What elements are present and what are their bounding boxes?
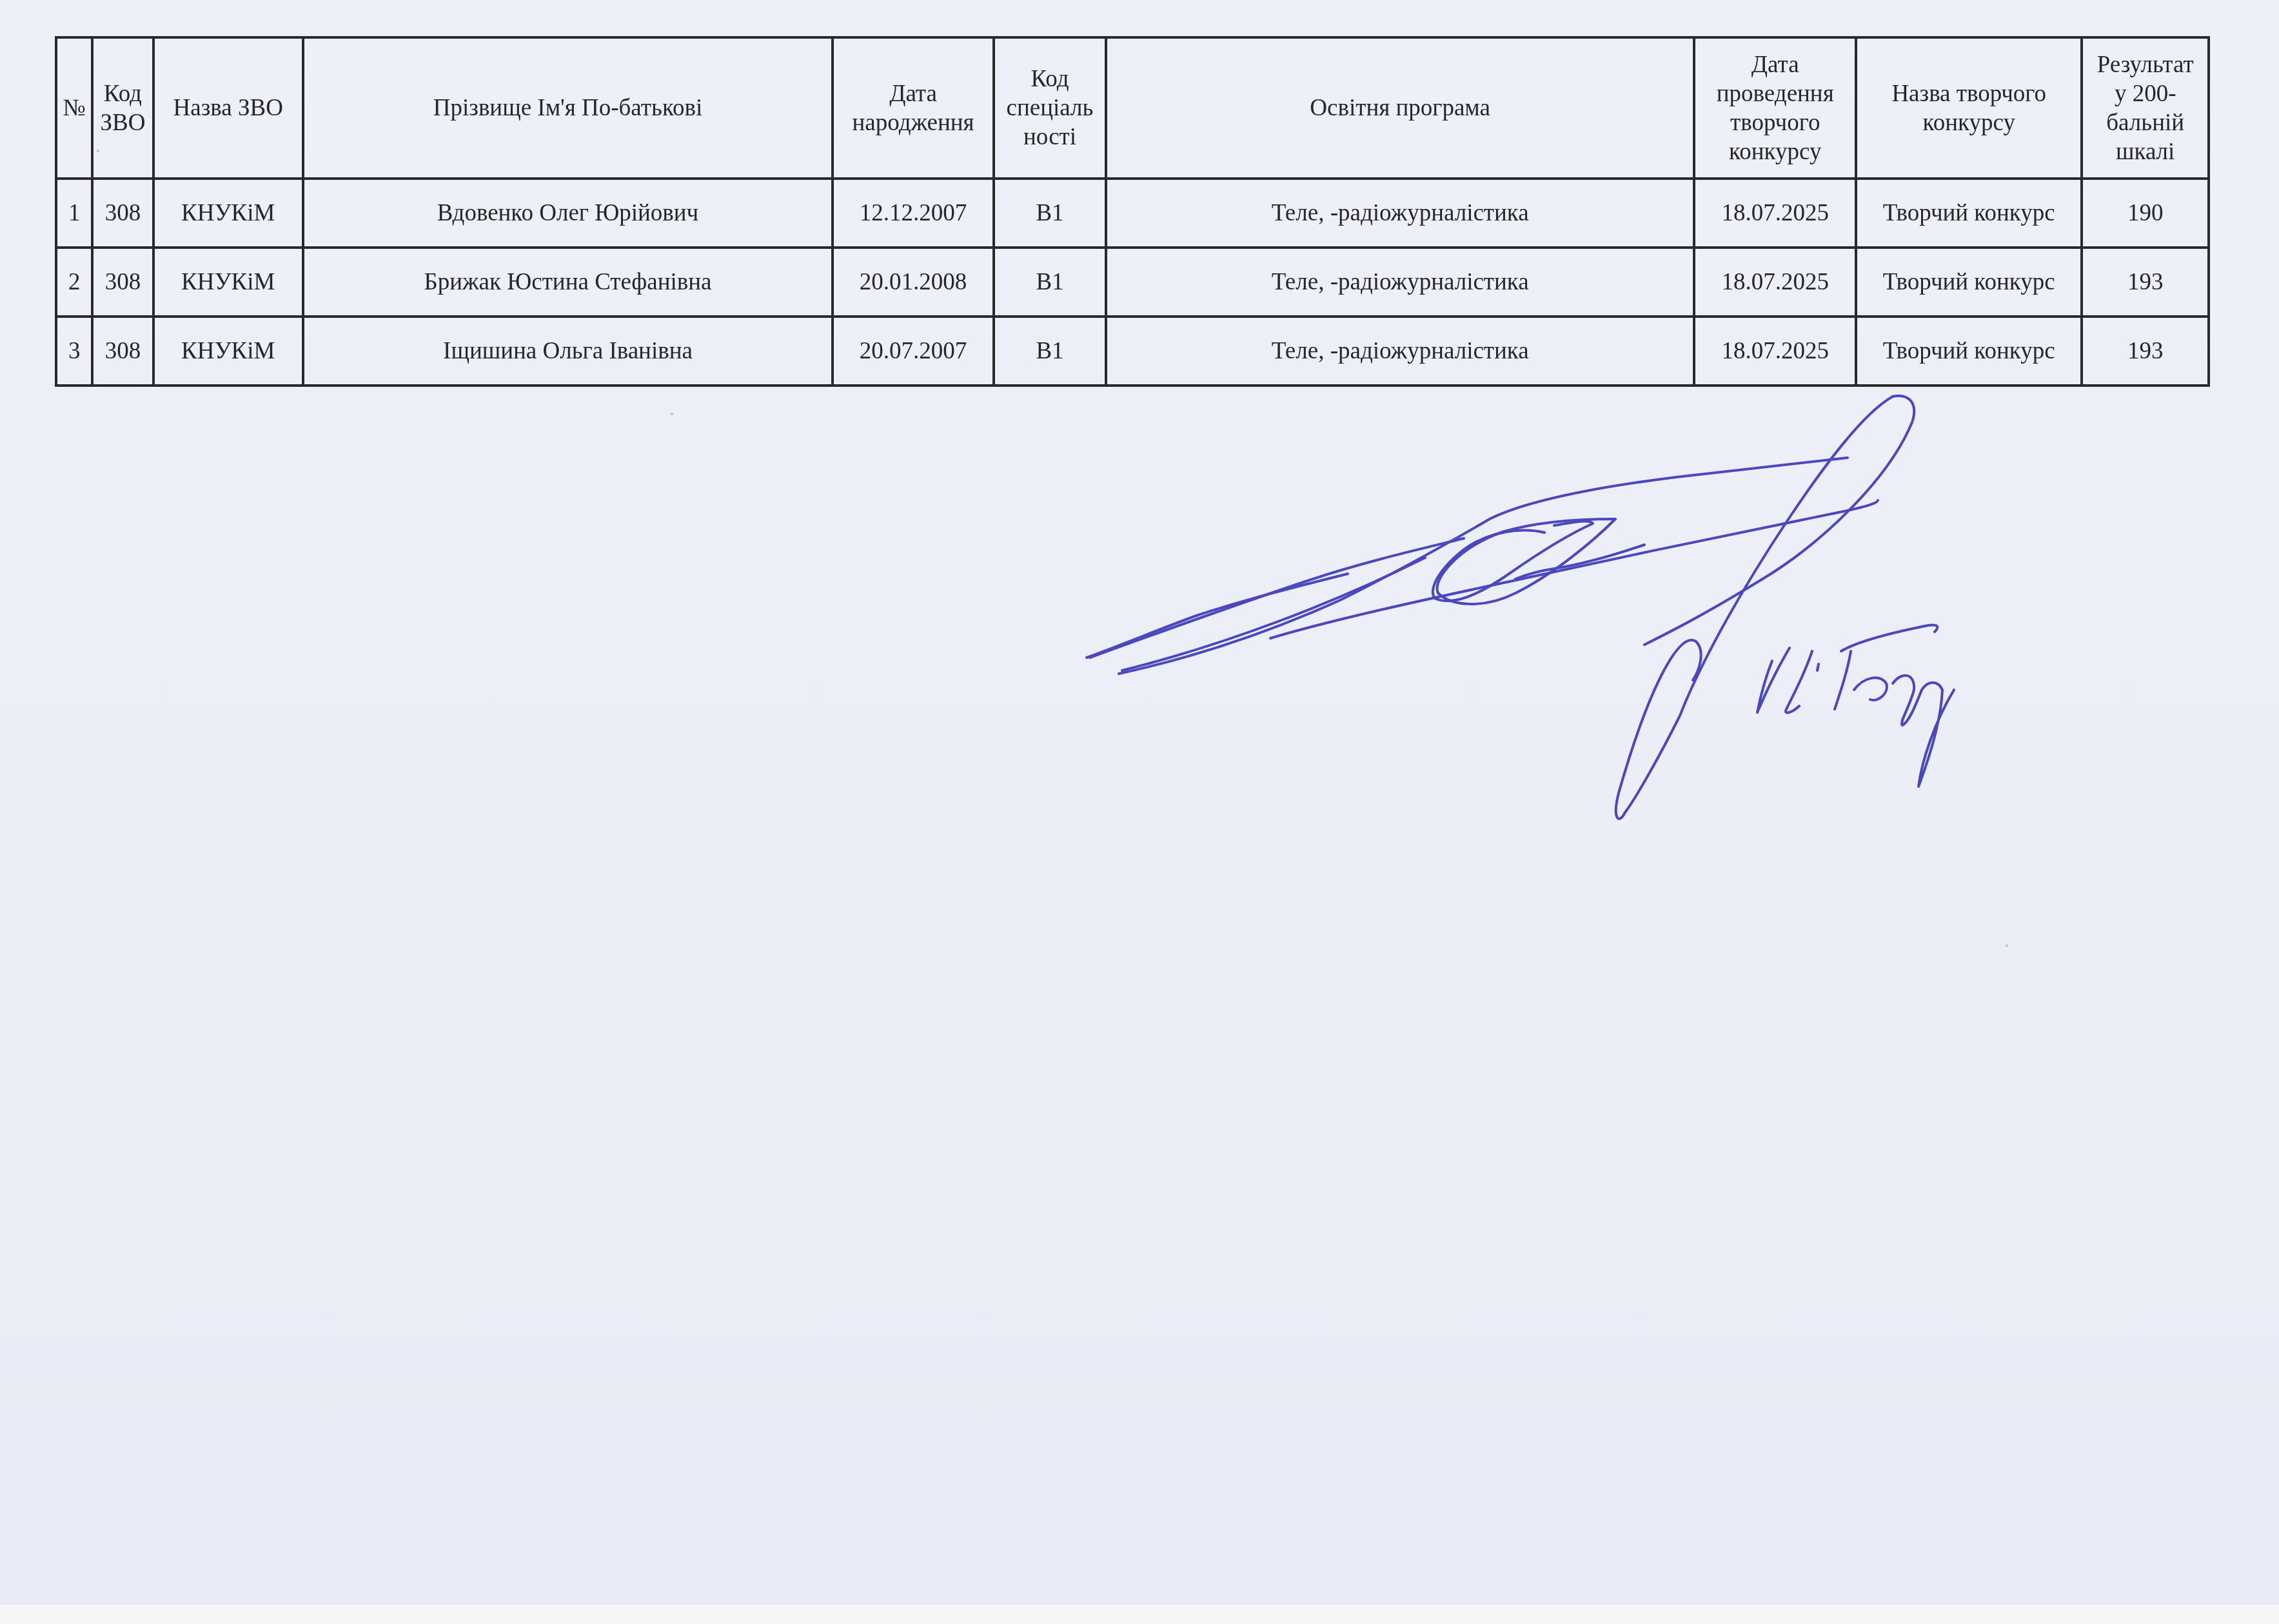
signature-stroke: [1625, 396, 1893, 812]
cell-institution-name: КНУКіМ: [153, 179, 303, 248]
header-number-label: №: [63, 93, 86, 122]
signature-stroke: [1893, 676, 1954, 787]
signature-stroke: [1786, 651, 1812, 712]
cell-number: 2: [56, 248, 92, 317]
cell-institution-name: КНУКіМ: [153, 317, 303, 386]
header-specialty-code: Код спеціаль ності: [994, 37, 1106, 179]
scan-speck: [2006, 944, 2008, 947]
header-institution-name-label: Назва ЗВО: [173, 93, 283, 122]
header-birth-date-label: Дата народження: [852, 79, 974, 137]
cell-program: Теле, -радіожурналістика: [1106, 248, 1694, 317]
header-birth-date: Дата народження: [833, 37, 994, 179]
header-full-name: Прізвище Ім'я По-батькові: [303, 37, 833, 179]
signature-stroke: [1090, 538, 1464, 658]
table-row: 3 308 КНУКіМ Іщишина Ольга Іванівна 20.0…: [56, 317, 2209, 386]
cell-contest-date: 18.07.2025: [1694, 179, 1856, 248]
signature-stroke: [1433, 522, 1593, 602]
table-row: 1 308 КНУКіМ Вдовенко Олег Юрійович 12.1…: [56, 179, 2209, 248]
cell-contest-name: Творчий конкурс: [1856, 317, 2082, 386]
signature-stroke: [1757, 648, 1790, 712]
cell-full-name: Іщишина Ольга Іванівна: [303, 317, 833, 386]
header-full-name-label: Прізвище Ім'я По-батькові: [433, 93, 702, 122]
cell-birth-date: 12.12.2007: [833, 179, 994, 248]
cell-full-name: Брижак Юстина Стефанівна: [303, 248, 833, 317]
cell-result: 193: [2082, 317, 2209, 386]
cell-institution-name: КНУКіМ: [153, 248, 303, 317]
cell-result: 190: [2082, 179, 2209, 248]
header-contest-name-label: Назва творчого конкурсу: [1891, 79, 2046, 137]
signature-stroke: [1644, 396, 1914, 645]
cell-number: 1: [56, 179, 92, 248]
results-table: № Код ЗВО Назва ЗВО Прізвище Ім'я По-бат…: [55, 36, 2210, 387]
signature-stroke: [1122, 558, 1425, 670]
cell-contest-name: Творчий конкурс: [1856, 248, 2082, 317]
signature-stroke: [1835, 625, 1937, 709]
cell-full-name: Вдовенко Олег Юрійович: [303, 179, 833, 248]
table-row: 2 308 КНУКіМ Брижак Юстина Стефанівна 20…: [56, 248, 2209, 317]
header-program-label: Освітня програма: [1310, 93, 1490, 122]
cell-specialty-code: B1: [994, 179, 1106, 248]
table-header-row: № Код ЗВО Назва ЗВО Прізвище Ім'я По-бат…: [56, 37, 2209, 179]
cell-birth-date: 20.01.2008: [833, 248, 994, 317]
scan-edge: [0, 1605, 2279, 1624]
cell-program: Теле, -радіожурналістика: [1106, 317, 1694, 386]
cell-birth-date: 20.07.2007: [833, 317, 994, 386]
cell-specialty-code: B1: [994, 317, 1106, 386]
header-program: Освітня програма: [1106, 37, 1694, 179]
scan-speck: [97, 150, 99, 152]
header-institution-name: Назва ЗВО: [153, 37, 303, 179]
cell-number: 3: [56, 317, 92, 386]
header-result: Результат у 200- бальній шкалі: [2082, 37, 2209, 179]
cell-contest-date: 18.07.2025: [1694, 317, 1856, 386]
header-contest-date-label: Дата проведення творчого конкурсу: [1717, 50, 1834, 166]
scan-speck: [671, 413, 673, 415]
header-institution-code: Код ЗВО: [92, 37, 153, 179]
header-number: №: [56, 37, 92, 179]
cell-contest-name: Творчий конкурс: [1856, 179, 2082, 248]
signature-stroke: [1616, 640, 1701, 819]
cell-institution-code: 308: [92, 179, 153, 248]
scanned-page: № Код ЗВО Назва ЗВО Прізвище Ім'я По-бат…: [0, 0, 2279, 1624]
cell-program: Теле, -радіожурналістика: [1106, 179, 1694, 248]
handwritten-signature: [1064, 387, 1999, 838]
cell-result: 193: [2082, 248, 2209, 317]
header-specialty-code-label: Код спеціаль ності: [1007, 64, 1094, 152]
cell-contest-date: 18.07.2025: [1694, 248, 1856, 317]
signature-stroke: [1817, 664, 1819, 670]
cell-institution-code: 308: [92, 248, 153, 317]
header-contest-name: Назва творчого конкурсу: [1856, 37, 2082, 179]
cell-institution-code: 308: [92, 317, 153, 386]
header-institution-code-label: Код ЗВО: [100, 79, 145, 137]
header-contest-date: Дата проведення творчого конкурсу: [1694, 37, 1856, 179]
header-result-label: Результат у 200- бальній шкалі: [2097, 50, 2194, 166]
cell-specialty-code: B1: [994, 248, 1106, 317]
signature-stroke: [1119, 458, 1848, 674]
